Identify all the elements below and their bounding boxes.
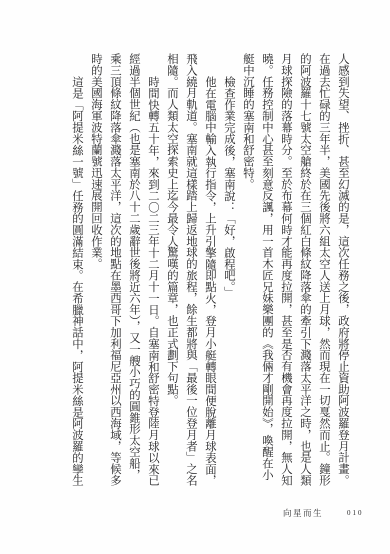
paragraph-2: 檢查作業完成後，塞南說：「好，啟程吧。」	[219, 53, 238, 486]
page-footer: 向星而生 010	[0, 505, 390, 525]
page-number: 010	[347, 509, 364, 517]
paragraph-1: 人感到失望、挫折、甚至幻滅的是，這次任務之後，政府將停止資助阿波羅登月計畫。在過…	[238, 53, 352, 486]
paragraph-5: 這是「阿提米絲一號」任務的圓滿結束。在希臘神話中，阿提米絲是阿波羅的孿生	[67, 53, 86, 486]
body-text: 人感到失望、挫折、甚至幻滅的是，這次任務之後，政府將停止資助阿波羅登月計畫。在過…	[66, 53, 352, 486]
book-page: 人感到失望、挫折、甚至幻滅的是，這次任務之後，政府將停止資助阿波羅登月計畫。在過…	[0, 0, 390, 554]
running-title: 向星而生	[283, 507, 323, 519]
paragraph-4: 時間快轉五十年，來到二〇二三年十二月十一日。自塞南和舒密特登陸月球以來已經過半個…	[86, 53, 162, 486]
paragraph-3: 他在電腦中輸入執行指令，上升引擎隨即點火，登月小艇轉眼間便脫離月球表面，飛入繞月…	[162, 53, 219, 486]
